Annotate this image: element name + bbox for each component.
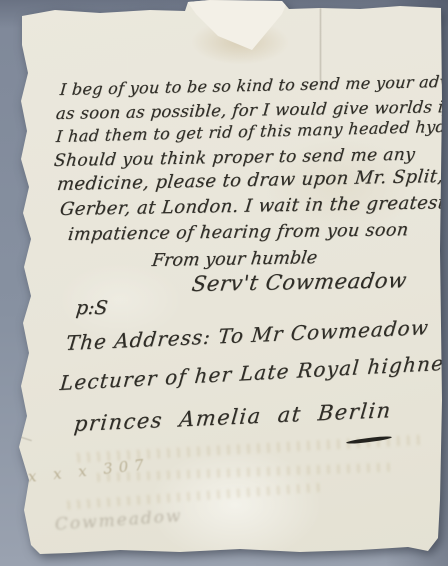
- address-line-1: The Address: To Mr Cowmeadow: [65, 315, 430, 355]
- showthrough-smear: [60, 483, 320, 510]
- letter-paper-wrapper: I beg of you to be so kind to send me yo…: [0, 0, 448, 566]
- letter-body-line-5: medicine, please to draw upon Mr. Split„: [56, 166, 448, 195]
- address-line-2: Lecturer of her Late Royal highness: [59, 350, 448, 395]
- scan-background: I beg of you to be so kind to send me yo…: [0, 0, 448, 566]
- postscript-label: p:S: [75, 297, 109, 319]
- signature: Serv't Cowmeadow: [190, 268, 408, 296]
- edge-crease: [18, 436, 32, 441]
- ghost-signature: Cowmeadow: [54, 506, 183, 535]
- ink-dot: [24, 11, 27, 14]
- letter-body-line-6: Gerber, at London. I wait in the greates…: [59, 192, 447, 220]
- closing-line: From your humble: [151, 248, 319, 271]
- letter-body-line-1: I beg of you to be so kind to send me yo…: [59, 71, 448, 99]
- letter-paper: I beg of you to be so kind to send me yo…: [0, 0, 448, 566]
- address-line-3: princes Amelia at Berlin: [73, 398, 393, 436]
- letter-body-line-7: impatience of hearing from you soon: [67, 220, 410, 245]
- torn-notch: [0, 0, 448, 70]
